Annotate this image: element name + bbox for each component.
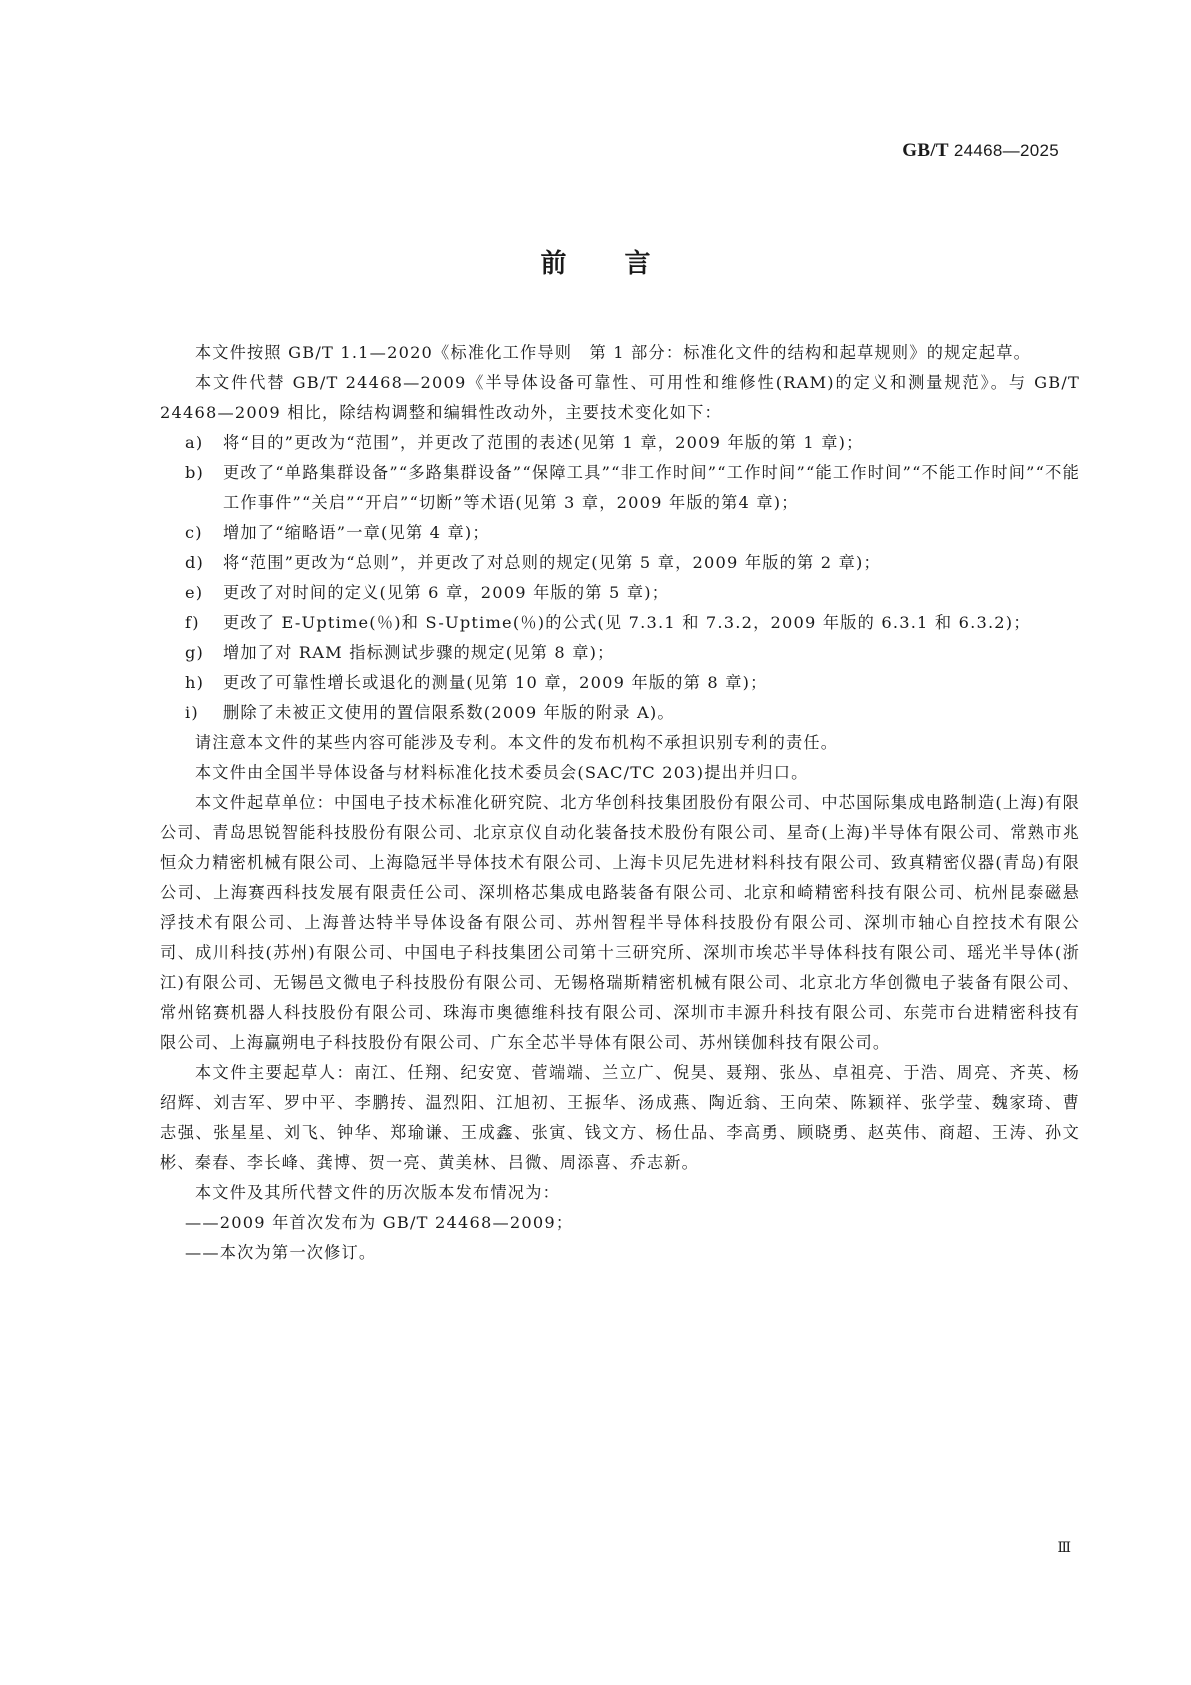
list-item: h) 更改了可靠性增长或退化的测量(见第 10 章，2009 年版的第 8 章)… [160,668,1080,698]
paragraph-proposer: 本文件由全国半导体设备与材料标准化技术委员会(SAC/TC 203)提出并归口。 [160,758,1080,788]
list-marker: e) [185,578,223,608]
paragraph-drafting-units: 本文件起草单位：中国电子技术标准化研究院、北方华创科技集团股份有限公司、中芯国际… [160,788,1080,1058]
list-item: e) 更改了对时间的定义(见第 6 章，2009 年版的第 5 章)； [160,578,1080,608]
paragraph-drafters: 本文件主要起草人：南江、任翔、纪安宽、菅端端、兰立广、倪昊、聂翔、张丛、卓祖亮、… [160,1058,1080,1178]
list-item-text: 删除了未被正文使用的置信限系数(2009 年版的附录 A)。 [223,698,1080,728]
document-page: GB/T 24468—2025 前言 本文件按照 GB/T 1.1—2020《标… [0,0,1191,1685]
list-item: f) 更改了 E-Uptime(％)和 S-Uptime(％)的公式(见 7.3… [160,608,1080,638]
page-number: Ⅲ [1057,1540,1071,1557]
version-history-item: ——2009 年首次发布为 GB/T 24468—2009； [160,1208,1080,1238]
list-item: c) 增加了“缩略语”一章(见第 4 章)； [160,518,1080,548]
paragraph-patent-notice: 请注意本文件的某些内容可能涉及专利。本文件的发布机构不承担识别专利的责任。 [160,728,1080,758]
list-marker: a) [185,428,223,458]
list-item: d) 将“范围”更改为“总则”，并更改了对总则的规定(见第 5 章，2009 年… [160,548,1080,578]
list-item-text: 更改了可靠性增长或退化的测量(见第 10 章，2009 年版的第 8 章)； [223,668,1080,698]
list-item-text: 增加了“缩略语”一章(见第 4 章)； [223,518,1080,548]
list-item-text: 将“范围”更改为“总则”，并更改了对总则的规定(见第 5 章，2009 年版的第… [223,548,1080,578]
standard-number-header: GB/T 24468—2025 [902,140,1059,162]
list-item: g) 增加了对 RAM 指标测试步骤的规定(见第 8 章)； [160,638,1080,668]
list-marker: f) [185,608,223,638]
list-item: b) 更改了“单路集群设备”“多路集群设备”“保障工具”“非工作时间”“工作时间… [160,458,1080,518]
list-marker: d) [185,548,223,578]
list-marker: h) [185,668,223,698]
standard-code: GB/T [902,140,949,161]
foreword-body: 本文件按照 GB/T 1.1—2020《标准化工作导则 第 1 部分：标准化文件… [160,338,1080,1268]
list-item: i) 删除了未被正文使用的置信限系数(2009 年版的附录 A)。 [160,698,1080,728]
list-marker: g) [185,638,223,668]
page-title: 前言 [0,243,1191,280]
list-marker: i) [185,698,223,728]
list-marker: b) [185,458,223,518]
version-history-item: ——本次为第一次修订。 [160,1238,1080,1268]
list-item: a) 将“目的”更改为“范围”，并更改了范围的表述(见第 1 章，2009 年版… [160,428,1080,458]
list-item-text: 将“目的”更改为“范围”，并更改了范围的表述(见第 1 章，2009 年版的第 … [223,428,1080,458]
list-item-text: 增加了对 RAM 指标测试步骤的规定(见第 8 章)； [223,638,1080,668]
technical-changes-list: a) 将“目的”更改为“范围”，并更改了范围的表述(见第 1 章，2009 年版… [160,428,1080,728]
standard-number: 24468—2025 [954,141,1059,160]
paragraph-version-history-intro: 本文件及其所代替文件的历次版本发布情况为： [160,1178,1080,1208]
list-item-text: 更改了“单路集群设备”“多路集群设备”“保障工具”“非工作时间”“工作时间”“能… [223,458,1080,518]
list-marker: c) [185,518,223,548]
paragraph-replacement: 本文件代替 GB/T 24468—2009《半导体设备可靠性、可用性和维修性(R… [160,368,1080,428]
paragraph-drafting-rules: 本文件按照 GB/T 1.1—2020《标准化工作导则 第 1 部分：标准化文件… [160,338,1080,368]
list-item-text: 更改了对时间的定义(见第 6 章，2009 年版的第 5 章)； [223,578,1080,608]
list-item-text: 更改了 E-Uptime(％)和 S-Uptime(％)的公式(见 7.3.1 … [223,608,1080,638]
